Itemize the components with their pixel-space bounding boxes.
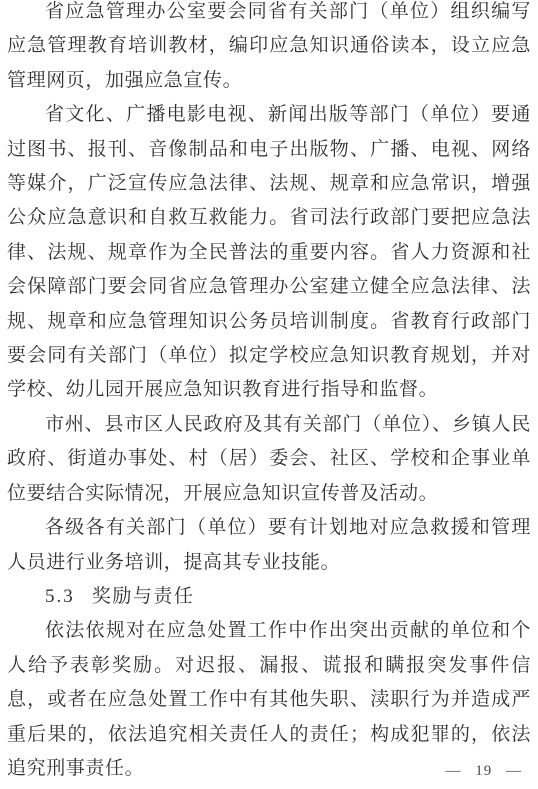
document-page: 省应急管理办公室要会同省有关部门（单位）组织编写应急管理教育培训教材，编印应急知… (0, 0, 538, 789)
paragraph-local-governments: 市州、县市区人民政府及其有关部门（单位）、乡镇人民政府、街道办事处、村（居）委会… (7, 408, 531, 511)
paragraph-professional-training: 各级各有关部门（单位）要有计划地对应急救援和管理人员进行业务培训，提高其专业技能… (7, 511, 531, 580)
paragraph-media-publicity: 省文化、广播电影电视、新闻出版等部门（单位）要通过图书、报刊、音像制品和电子出版… (7, 98, 531, 408)
paragraph-emergency-education-materials: 省应急管理办公室要会同省有关部门（单位）组织编写应急管理教育培训教材，编印应急知… (7, 0, 531, 98)
page-footer: — 19 — (446, 762, 523, 780)
paragraph-rewards-and-responsibility: 依法依规对在应急处置工作中作出突出贡献的单位和个人给予表彰奖励。对迟报、漏报、谎… (7, 614, 531, 786)
page-number: — 19 — (446, 763, 523, 779)
section-heading: 5.3奖励与责任 (7, 580, 531, 614)
section-number: 5.3 (45, 586, 75, 607)
document-body: 省应急管理办公室要会同省有关部门（单位）组织编写应急管理教育培训教材，编印应急知… (7, 0, 531, 786)
section-title: 奖励与责任 (92, 586, 195, 607)
